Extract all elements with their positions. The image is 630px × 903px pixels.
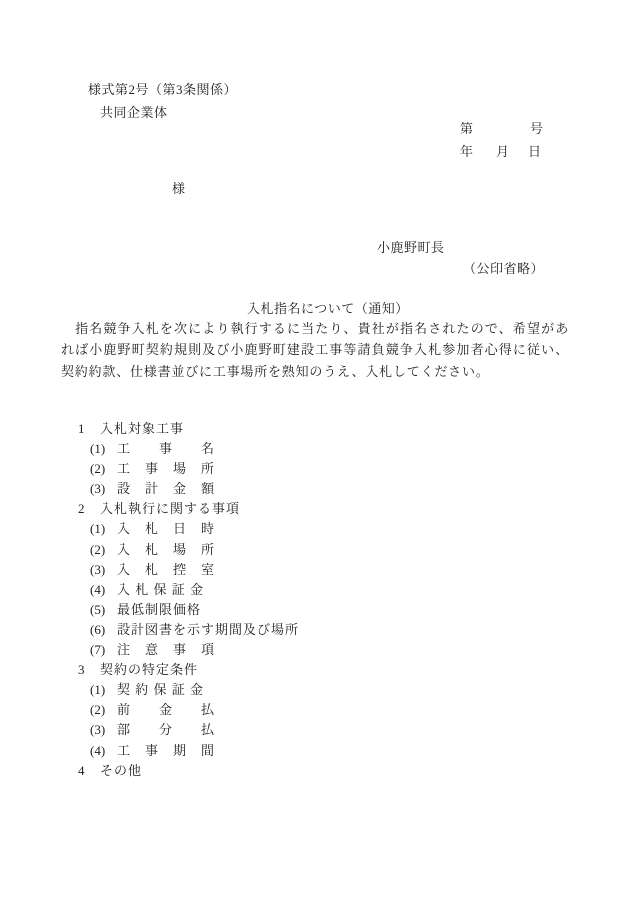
item-number: (7) [90,640,117,660]
joint-venture-label: 共同企業体 [100,106,168,119]
item-text: 入札執行に関する事項 [100,501,240,516]
item-text: 入 札 日 時 [117,521,215,536]
item-number: 3 [78,660,100,680]
list-item: 4その他 [61,761,581,781]
item-number: (1) [90,439,117,459]
item-text: 部 分 払 [117,722,215,737]
item-text: 入 札 場 所 [117,542,215,557]
date-day-label: 日 [528,145,542,158]
item-number: (1) [90,519,117,539]
seal-omitted-note: （公印省略） [463,262,544,275]
item-text: 設 計 金 額 [117,481,215,496]
item-number: 4 [78,761,100,781]
list-item: (1)契 約 保 証 金 [61,680,581,700]
addressee-honorific: 様 [172,182,186,195]
item-number: (5) [90,600,117,620]
item-number: (1) [90,680,117,700]
list-item: (1)工 事 名 [61,439,581,459]
item-text: 契約の特定条件 [100,662,198,677]
list-item: (6)設計図書を示す期間及び場所 [61,620,581,640]
item-number: 1 [78,419,100,439]
item-text: 入 札 控 室 [117,562,215,577]
date-month-label: 月 [496,145,510,158]
doc-number-suffix: 号 [530,122,544,135]
list-item: 3契約の特定条件 [61,660,581,680]
item-text: 工 事 名 [117,441,215,456]
item-text: 入 札 保 証 金 [117,582,204,597]
numbered-list: 1入札対象工事(1)工 事 名(2)工 事 場 所(3)設 計 金 額2入札執行… [61,419,581,781]
body-paragraph: 指名競争入札を次により執行するに当たり、貴社が指名されたので、希望があれば小鹿野… [61,318,569,382]
item-number: (2) [90,700,117,720]
item-text: 契 約 保 証 金 [117,682,204,697]
item-number: (4) [90,741,117,761]
list-item: (7)注 意 事 項 [61,640,581,660]
item-text: 工 事 期 間 [117,743,215,758]
list-item: (2)入 札 場 所 [61,540,581,560]
list-item: (4)工 事 期 間 [61,741,581,761]
item-number: (3) [90,479,117,499]
item-number: (6) [90,620,117,640]
document-page: 様式第2号（第3条関係） 共同企業体 第 号 年 月 日 様 小鹿野町長 （公印… [0,0,630,903]
list-item: (2)工 事 場 所 [61,459,581,479]
form-number: 様式第2号（第3条関係） [88,83,237,96]
sender-title: 小鹿野町長 [377,241,445,254]
item-text: 最低制限価格 [117,602,201,617]
doc-number-prefix: 第 [460,122,474,135]
list-item: (3)入 札 控 室 [61,560,581,580]
item-number: (2) [90,459,117,479]
list-item: 1入札対象工事 [61,419,581,439]
item-number: 2 [78,499,100,519]
item-text: 注 意 事 項 [117,642,215,657]
item-text: 前 金 払 [117,702,215,717]
item-number: (4) [90,580,117,600]
item-text: 工 事 場 所 [117,461,215,476]
item-text: 設計図書を示す期間及び場所 [117,622,299,637]
item-text: 入札対象工事 [100,421,184,436]
item-number: (3) [90,560,117,580]
item-number: (2) [90,540,117,560]
list-item: (5)最低制限価格 [61,600,581,620]
list-item: (4)入 札 保 証 金 [61,580,581,600]
list-item: (1)入 札 日 時 [61,519,581,539]
list-item: (3)部 分 払 [61,720,581,740]
list-item: (3)設 計 金 額 [61,479,581,499]
list-item: (2)前 金 払 [61,700,581,720]
item-number: (3) [90,720,117,740]
list-item: 2入札執行に関する事項 [61,499,581,519]
subject-title: 入札指名について（通知） [247,302,409,315]
item-text: その他 [100,763,142,778]
date-year-label: 年 [460,145,474,158]
